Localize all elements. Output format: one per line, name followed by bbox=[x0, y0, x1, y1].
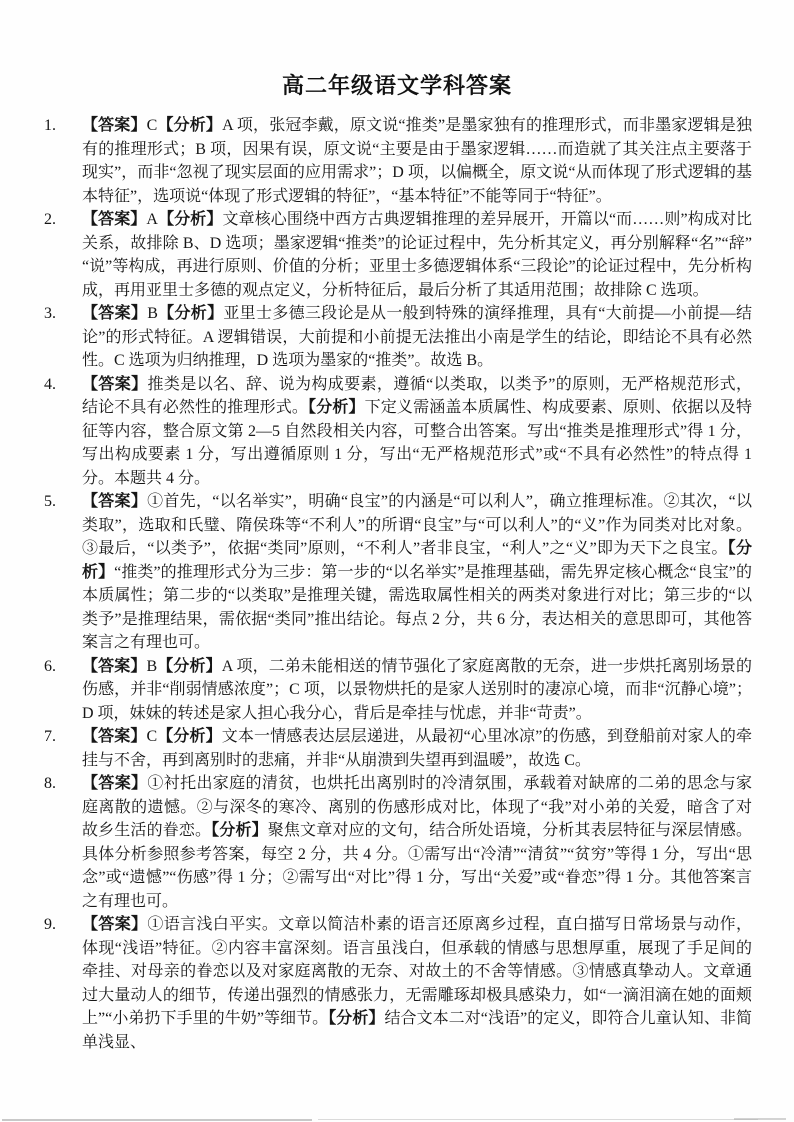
answer-item: 3. 【答案】B【分析】亚里士多德三段论是从一般到特殊的演绎推理，具有“大前提—… bbox=[44, 302, 752, 373]
answer-item: 8. 【答案】①衬托出家庭的清贫，也烘托出离别时的冷清氛围，承载着对缺席的二弟的… bbox=[44, 772, 752, 913]
answer-item: 4. 【答案】推类是以名、辞、说为构成要素，遵循“以类取，以类予”的原则，无严格… bbox=[44, 373, 752, 491]
answer-item-number: 2. bbox=[44, 208, 82, 232]
scan-artifact-line bbox=[2, 1119, 312, 1121]
answer-item-number: 9. bbox=[44, 913, 82, 937]
answer-sheet-page: 高二年级语文学科答案 1. 【答案】C【分析】A 项，张冠李戴，原文说“推类”是… bbox=[0, 0, 794, 1122]
answer-item: 5. 【答案】①首先，“以名举实”，明确“良宝”的内涵是“可以利人”，确立推理标… bbox=[44, 490, 752, 655]
answer-item: 1. 【答案】C【分析】A 项，张冠李戴，原文说“推类”是墨家独有的推理形式，而… bbox=[44, 114, 752, 208]
answer-item: 7. 【答案】C【分析】文本一情感表达层层递进，从最初“心里冰凉”的伤感，到登船… bbox=[44, 725, 752, 772]
answer-item-number: 3. bbox=[44, 302, 82, 326]
answer-list: 1. 【答案】C【分析】A 项，张冠李戴，原文说“推类”是墨家独有的推理形式，而… bbox=[44, 114, 752, 1054]
answer-item: 9. 【答案】①语言浅白平实。文章以简洁朴素的语言还原离乡过程，直白描写日常场景… bbox=[44, 913, 752, 1054]
answer-item-number: 1. bbox=[44, 114, 82, 138]
answer-item-text: 【答案】A【分析】文章核心围绕中西方古典逻辑推理的差异展开，开篇以“而……则”构… bbox=[82, 208, 752, 302]
answer-item-number: 6. bbox=[44, 655, 82, 679]
answer-item-text: 【答案】C【分析】A 项，张冠李戴，原文说“推类”是墨家独有的推理形式，而非墨家… bbox=[82, 114, 752, 208]
scan-artifact-line bbox=[318, 1119, 758, 1120]
answer-item-text: 【答案】B【分析】亚里士多德三段论是从一般到特殊的演绎推理，具有“大前提—小前提… bbox=[82, 302, 752, 373]
scan-artifact-line bbox=[734, 1118, 786, 1120]
answer-item-number: 7. bbox=[44, 725, 82, 749]
answer-item-text: 【答案】C【分析】文本一情感表达层层递进，从最初“心里冰凉”的伤感，到登船前对家… bbox=[82, 725, 752, 772]
answer-item-text: 【答案】①语言浅白平实。文章以简洁朴素的语言还原离乡过程，直白描写日常场景与动作… bbox=[82, 913, 752, 1054]
answer-item-number: 4. bbox=[44, 373, 82, 397]
page-title: 高二年级语文学科答案 bbox=[0, 0, 794, 100]
answer-item: 6. 【答案】B【分析】A 项，二弟未能相送的情节强化了家庭离散的无奈，进一步烘… bbox=[44, 655, 752, 726]
answer-item-text: 【答案】推类是以名、辞、说为构成要素，遵循“以类取，以类予”的原则，无严格规范形… bbox=[82, 373, 752, 491]
answer-item-text: 【答案】B【分析】A 项，二弟未能相送的情节强化了家庭离散的无奈，进一步烘托离别… bbox=[82, 655, 752, 726]
answer-item-number: 8. bbox=[44, 772, 82, 796]
answer-item-text: 【答案】①首先，“以名举实”，明确“良宝”的内涵是“可以利人”，确立推理标准。②… bbox=[82, 490, 752, 655]
answer-item-number: 5. bbox=[44, 490, 82, 514]
answer-item: 2. 【答案】A【分析】文章核心围绕中西方古典逻辑推理的差异展开，开篇以“而……… bbox=[44, 208, 752, 302]
answer-item-text: 【答案】①衬托出家庭的清贫，也烘托出离别时的冷清氛围，承载着对缺席的二弟的思念与… bbox=[82, 772, 752, 913]
